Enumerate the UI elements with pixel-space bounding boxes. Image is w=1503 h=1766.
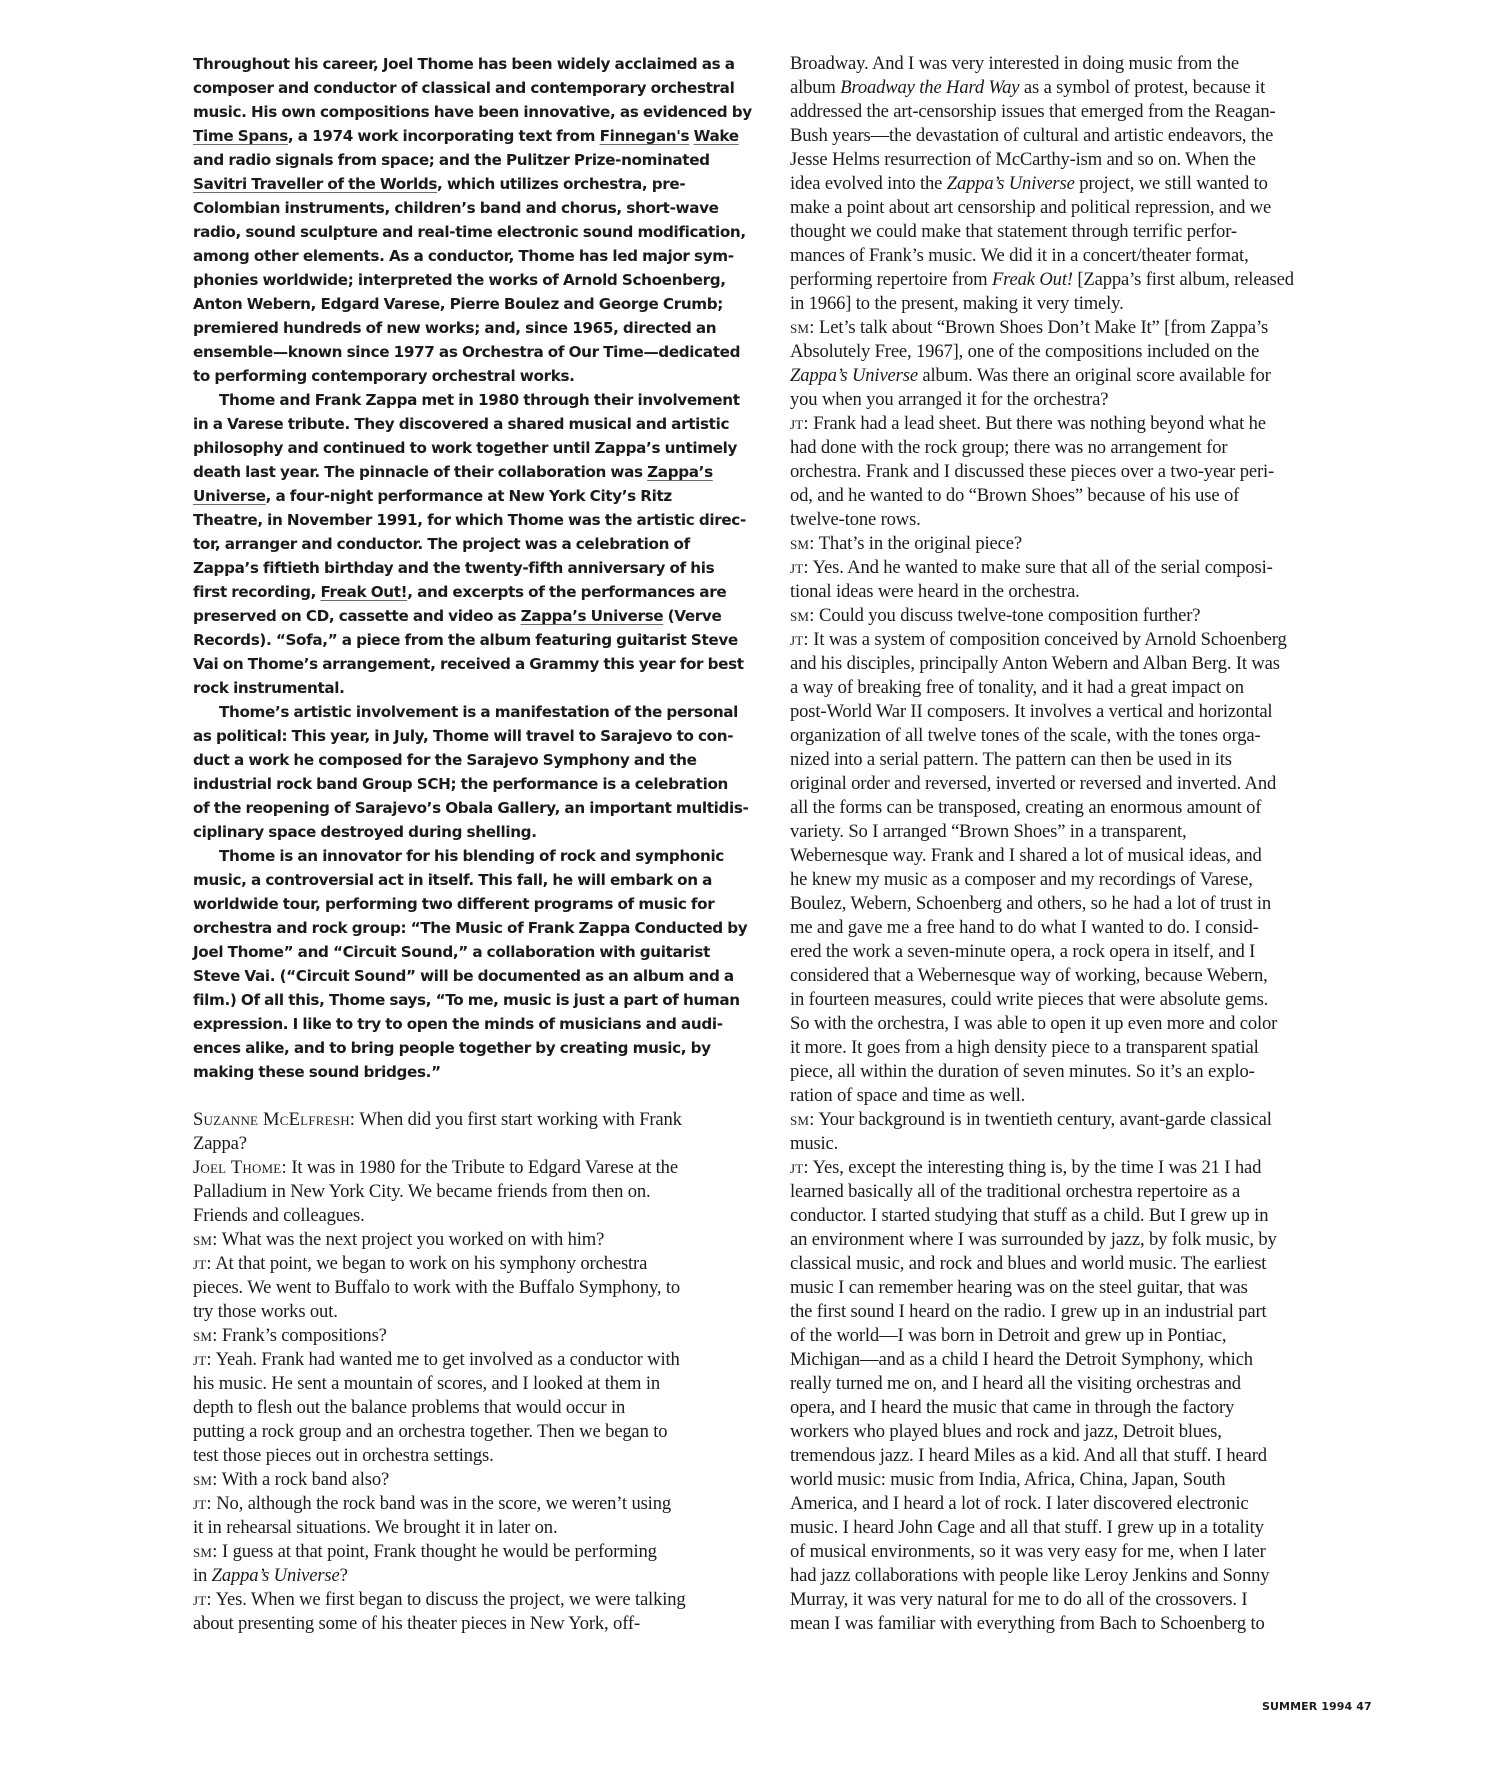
speaker-label: jt:	[790, 413, 809, 434]
text-line: Friends and colleagues.	[193, 1204, 773, 1228]
text-line: performing repertoire from Freak Out! [Z…	[790, 268, 1380, 292]
text-line: Bush years—the devastation of cultural a…	[790, 124, 1380, 148]
text-segment: he knew my music as a composer and my re…	[790, 869, 1253, 890]
text-line: premiered hundreds of new works; and, si…	[193, 316, 773, 340]
text-line: ences alike, and to bring people togethe…	[193, 1036, 773, 1060]
issue-label: SUMMER 1994	[1262, 1700, 1352, 1713]
text-segment: America, and I heard a lot of rock. I la…	[790, 1493, 1248, 1514]
text-line: Webernesque way. Frank and I shared a lo…	[790, 844, 1380, 868]
text-line: of the reopening of Sarajevo’s Obala Gal…	[193, 796, 773, 820]
text-line: rock instrumental.	[193, 676, 773, 700]
text-line: Steve Vai. (“Circuit Sound” will be docu…	[193, 964, 773, 988]
text-segment: Jesse Helms resurrection of McCarthy-ism…	[790, 149, 1256, 170]
text-segment: Yes, except the interesting thing is, by…	[809, 1157, 1261, 1178]
text-line: learned basically all of the traditional…	[790, 1180, 1380, 1204]
text-line: worldwide tour, performing two different…	[193, 892, 773, 916]
text-line: Jesse Helms resurrection of McCarthy-ism…	[790, 148, 1380, 172]
text-segment: variety. So I arranged “Brown Shoes” in …	[790, 821, 1187, 842]
underlined-title: Savitri Traveller of the Worlds	[193, 175, 437, 193]
text-line: make a point about art censorship and po…	[790, 196, 1380, 220]
text-segment: among other elements. As a conductor, Th…	[193, 247, 734, 265]
text-line: Broadway. And I was very interested in d…	[790, 52, 1380, 76]
text-segment: Zappa?	[193, 1133, 247, 1154]
speaker-label: jt:	[790, 557, 809, 578]
speaker-label: sm:	[790, 317, 815, 338]
text-line: Zappa?	[193, 1132, 773, 1156]
text-segment: of the reopening of Sarajevo’s Obala Gal…	[193, 799, 749, 817]
text-line: Universe, a four-night performance at Ne…	[193, 484, 773, 508]
text-segment: conductor. I started studying that stuff…	[790, 1205, 1268, 1226]
text-segment: try those works out.	[193, 1301, 338, 1322]
text-segment: ensemble—known since 1977 as Orchestra o…	[193, 343, 740, 361]
text-line: Murray, it was very natural for me to do…	[790, 1588, 1380, 1612]
text-segment: and radio signals from space; and the Pu…	[193, 151, 710, 169]
text-segment: you when you arranged it for the orchest…	[790, 389, 1108, 410]
text-segment: Your background is in twentieth century,…	[815, 1109, 1272, 1130]
text-line: orchestra and rock group: “The Music of …	[193, 916, 773, 940]
text-line: Thome’s artistic involvement is a manife…	[193, 700, 773, 724]
text-segment: considered that a Webernesque way of wor…	[790, 965, 1268, 986]
text-line: So with the orchestra, I was able to ope…	[790, 1012, 1380, 1036]
speaker-label: sm:	[193, 1541, 218, 1562]
text-segment: Zappa’s fiftieth birthday and the twenty…	[193, 559, 714, 577]
text-line: film.) Of all this, Thome says, “To me, …	[193, 988, 773, 1012]
text-segment: Friends and colleagues.	[193, 1205, 365, 1226]
text-segment: Anton Webern, Edgard Varese, Pierre Boul…	[193, 295, 723, 313]
italic-title: Zappa’s Universe	[212, 1565, 340, 1586]
interview-section-left: Suzanne McElfresh: When did you first st…	[193, 1108, 773, 1636]
text-segment: making these sound bridges.”	[193, 1063, 441, 1081]
text-line: twelve-tone rows.	[790, 508, 1380, 532]
text-segment: the first sound I heard on the radio. I …	[790, 1301, 1267, 1322]
text-line: music.	[790, 1132, 1380, 1156]
text-segment: It was a system of composition conceived…	[809, 629, 1287, 650]
text-segment: thought we could make that statement thr…	[790, 221, 1237, 242]
text-segment: Vai on Thome’s arrangement, received a G…	[193, 655, 744, 673]
speaker-label: sm:	[193, 1325, 218, 1346]
text-line: idea evolved into the Zappa’s Universe p…	[790, 172, 1380, 196]
text-line: sm: With a rock band also?	[193, 1468, 773, 1492]
text-segment: Yes. And he wanted to make sure that all…	[809, 557, 1273, 578]
text-segment: worldwide tour, performing two different…	[193, 895, 714, 913]
text-line: original order and reversed, inverted or…	[790, 772, 1380, 796]
speaker-label: Joel Thome:	[193, 1157, 287, 1178]
text-segment: At that point, we began to work on his s…	[212, 1253, 647, 1274]
text-line: Throughout his career, Joel Thome has be…	[193, 52, 773, 76]
text-line: radio, sound sculpture and real-time ele…	[193, 220, 773, 244]
text-segment: preserved on CD, cassette and video as	[193, 607, 521, 625]
text-line: Time Spans, a 1974 work incorporating te…	[193, 124, 773, 148]
text-line: piece, all within the duration of seven …	[790, 1060, 1380, 1084]
text-segment: No, although the rock band was in the sc…	[212, 1493, 671, 1514]
text-line: an environment where I was surrounded by…	[790, 1228, 1380, 1252]
text-segment: music I can remember hearing was on the …	[790, 1277, 1248, 1298]
section-spacer	[193, 1084, 773, 1108]
text-segment: Michigan—and as a child I heard the Detr…	[790, 1349, 1253, 1370]
underlined-title: Wake	[694, 127, 739, 145]
text-line: and radio signals from space; and the Pu…	[193, 148, 773, 172]
text-segment: to performing contemporary orchestral wo…	[193, 367, 575, 385]
text-segment: phonies worldwide; interpreted the works…	[193, 271, 726, 289]
bio-section: Throughout his career, Joel Thome has be…	[193, 52, 773, 1084]
underlined-title: Freak Out!	[320, 583, 407, 601]
text-segment: Records). “Sofa,” a piece from the album…	[193, 631, 738, 649]
text-line: the first sound I heard on the radio. I …	[790, 1300, 1380, 1324]
text-segment: had done with the rock group; there was …	[790, 437, 1227, 458]
text-segment: depth to flesh out the balance problems …	[193, 1397, 625, 1418]
text-line: putting a rock group and an orchestra to…	[193, 1420, 773, 1444]
page-footer: SUMMER 1994 47	[1262, 1700, 1372, 1713]
text-segment: Murray, it was very natural for me to do…	[790, 1589, 1247, 1610]
text-line: industrial rock band Group SCH; the perf…	[193, 772, 773, 796]
text-line: opera, and I heard the music that came i…	[790, 1396, 1380, 1420]
text-line: sm: That’s in the original piece?	[790, 532, 1380, 556]
text-segment: Yeah. Frank had wanted me to get involve…	[212, 1349, 680, 1370]
text-segment: expression. I like to try to open the mi…	[193, 1015, 723, 1033]
text-segment: world music: music from India, Africa, C…	[790, 1469, 1225, 1490]
text-segment: project, we still wanted to	[1075, 173, 1268, 194]
text-line: Records). “Sofa,” a piece from the album…	[193, 628, 773, 652]
text-segment: ?	[340, 1565, 348, 1586]
text-line: pieces. We went to Buffalo to work with …	[193, 1276, 773, 1300]
text-line: Palladium in New York City. We became fr…	[193, 1180, 773, 1204]
text-segment: rock instrumental.	[193, 679, 345, 697]
text-line: nized into a serial pattern. The pattern…	[790, 748, 1380, 772]
text-segment: piece, all within the duration of seven …	[790, 1061, 1255, 1082]
text-segment: me and gave me a free hand to do what I …	[790, 917, 1259, 938]
text-segment: With a rock band also?	[218, 1469, 390, 1490]
text-segment: Thome’s artistic involvement is a manife…	[219, 703, 738, 721]
text-line: tor, arranger and conductor. The project…	[193, 532, 773, 556]
text-segment: idea evolved into the	[790, 173, 947, 194]
text-segment: an environment where I was surrounded by…	[790, 1229, 1277, 1250]
left-column: Throughout his career, Joel Thome has be…	[193, 52, 773, 1636]
text-line: Savitri Traveller of the Worlds, which u…	[193, 172, 773, 196]
text-segment: about presenting some of his theater pie…	[193, 1613, 640, 1634]
text-segment: first recording,	[193, 583, 320, 601]
italic-title: Zappa’s Universe	[790, 365, 918, 386]
text-segment: all the forms can be transposed, creatin…	[790, 797, 1261, 818]
text-segment: addressed the art-censorship issues that…	[790, 101, 1276, 122]
text-line: mances of Frank’s music. We did it in a …	[790, 244, 1380, 268]
text-segment: composer and conductor of classical and …	[193, 79, 734, 97]
text-line: od, and he wanted to do “Brown Shoes” be…	[790, 484, 1380, 508]
italic-title: Broadway the Hard Way	[840, 77, 1019, 98]
text-segment: a way of breaking free of tonality, and …	[790, 677, 1244, 698]
text-line: in Zappa’s Universe?	[193, 1564, 773, 1588]
text-line: philosophy and continued to work togethe…	[193, 436, 773, 460]
text-line: try those works out.	[193, 1300, 773, 1324]
text-line: tremendous jazz. I heard Miles as a kid.…	[790, 1444, 1380, 1468]
text-segment: It was in 1980 for the Tribute to Edgard…	[287, 1157, 678, 1178]
speaker-label: jt:	[790, 1157, 809, 1178]
text-segment: radio, sound sculpture and real-time ele…	[193, 223, 746, 241]
text-line: Vai on Thome’s arrangement, received a G…	[193, 652, 773, 676]
text-line: orchestra. Frank and I discussed these p…	[790, 460, 1380, 484]
text-segment: Palladium in New York City. We became fr…	[193, 1181, 651, 1202]
text-segment: philosophy and continued to work togethe…	[193, 439, 737, 457]
text-line: all the forms can be transposed, creatin…	[790, 796, 1380, 820]
text-line: his music. He sent a mountain of scores,…	[193, 1372, 773, 1396]
text-line: jt: No, although the rock band was in th…	[193, 1492, 773, 1516]
text-segment: film.) Of all this, Thome says, “To me, …	[193, 991, 740, 1009]
text-segment: , a 1974 work incorporating text from	[288, 127, 600, 145]
underlined-title: Zappa’s Universe	[521, 607, 664, 625]
text-segment: of the world—I was born in Detroit and g…	[790, 1325, 1226, 1346]
text-segment: music, a controversial act in itself. Th…	[193, 871, 712, 889]
speaker-label: sm:	[193, 1229, 218, 1250]
text-line: mean I was familiar with everything from…	[790, 1612, 1380, 1636]
text-line: Anton Webern, Edgard Varese, Pierre Boul…	[193, 292, 773, 316]
text-line: he knew my music as a composer and my re…	[790, 868, 1380, 892]
text-line: a way of breaking free of tonality, and …	[790, 676, 1380, 700]
text-segment: Theatre, in November 1991, for which Tho…	[193, 511, 746, 529]
text-line: of the world—I was born in Detroit and g…	[790, 1324, 1380, 1348]
text-segment: his music. He sent a mountain of scores,…	[193, 1373, 660, 1394]
text-segment: Frank had a lead sheet. But there was no…	[809, 413, 1266, 434]
text-line: considered that a Webernesque way of wor…	[790, 964, 1380, 988]
text-segment: industrial rock band Group SCH; the perf…	[193, 775, 728, 793]
text-line: ensemble—known since 1977 as Orchestra o…	[193, 340, 773, 364]
text-line: had done with the rock group; there was …	[790, 436, 1380, 460]
text-segment: Throughout his career, Joel Thome has be…	[193, 55, 735, 73]
text-line: to performing contemporary orchestral wo…	[193, 364, 773, 388]
text-line: sm: Your background is in twentieth cent…	[790, 1108, 1380, 1132]
text-segment: twelve-tone rows.	[790, 509, 921, 530]
speaker-label: jt:	[193, 1349, 212, 1370]
text-line: ciplinary space destroyed during shellin…	[193, 820, 773, 844]
text-line: Joel Thome: It was in 1980 for the Tribu…	[193, 1156, 773, 1180]
text-segment: What was the next project you worked on …	[218, 1229, 605, 1250]
speaker-label: jt:	[790, 629, 809, 650]
text-segment: ences alike, and to bring people togethe…	[193, 1039, 711, 1057]
text-line: had jazz collaborations with people like…	[790, 1564, 1380, 1588]
text-line: among other elements. As a conductor, Th…	[193, 244, 773, 268]
text-segment: [Zappa’s first album, released	[1073, 269, 1294, 290]
text-segment: in	[193, 1565, 212, 1586]
text-line: it more. It goes from a high density pie…	[790, 1036, 1380, 1060]
text-line: in fourteen measures, could write pieces…	[790, 988, 1380, 1012]
text-segment: make a point about art censorship and po…	[790, 197, 1271, 218]
text-line: jt: Yes. When we first began to discuss …	[193, 1588, 773, 1612]
speaker-label: sm:	[790, 605, 815, 626]
text-segment: Boulez, Webern, Schoenberg and others, s…	[790, 893, 1271, 914]
text-segment: and his disciples, principally Anton Web…	[790, 653, 1280, 674]
text-line: in a Varese tribute. They discovered a s…	[193, 412, 773, 436]
text-line: ered the work a seven-minute opera, a ro…	[790, 940, 1380, 964]
text-segment: mean I was familiar with everything from…	[790, 1613, 1265, 1634]
text-segment: Frank’s compositions?	[218, 1325, 387, 1346]
text-line: first recording, Freak Out!, and excerpt…	[193, 580, 773, 604]
text-line: me and gave me a free hand to do what I …	[790, 916, 1380, 940]
speaker-label: jt:	[193, 1493, 212, 1514]
italic-title: Zappa’s Universe	[947, 173, 1075, 194]
speaker-label: jt:	[193, 1253, 212, 1274]
text-line: jt: Yes, except the interesting thing is…	[790, 1156, 1380, 1180]
text-segment: it more. It goes from a high density pie…	[790, 1037, 1259, 1058]
text-line: conductor. I started studying that stuff…	[790, 1204, 1380, 1228]
text-line: making these sound bridges.”	[193, 1060, 773, 1084]
text-segment: it in rehearsal situations. We brought i…	[193, 1517, 557, 1538]
text-line: classical music, and rock and blues and …	[790, 1252, 1380, 1276]
text-segment: ration of space and time as well.	[790, 1085, 1025, 1106]
text-segment: music.	[790, 1133, 838, 1154]
text-segment: Webernesque way. Frank and I shared a lo…	[790, 845, 1262, 866]
text-segment: Yes. When we first began to discuss the …	[212, 1589, 686, 1610]
text-line: America, and I heard a lot of rock. I la…	[790, 1492, 1380, 1516]
text-line: death last year. The pinnacle of their c…	[193, 460, 773, 484]
text-line: Michigan—and as a child I heard the Detr…	[790, 1348, 1380, 1372]
text-line: sm: Could you discuss twelve-tone compos…	[790, 604, 1380, 628]
text-line: sm: Let’s talk about “Brown Shoes Don’t …	[790, 316, 1380, 340]
underlined-title: Universe	[193, 487, 266, 505]
speaker-label: sm:	[193, 1469, 218, 1490]
text-segment: tremendous jazz. I heard Miles as a kid.…	[790, 1445, 1267, 1466]
text-segment: post-World War II composers. It involves…	[790, 701, 1272, 722]
text-segment: Absolutely Free, 1967], one of the compo…	[790, 341, 1259, 362]
text-segment: orchestra and rock group: “The Music of …	[193, 919, 747, 937]
text-segment: as political: This year, in July, Thome …	[193, 727, 733, 745]
text-line: Thome is an innovator for his blending o…	[193, 844, 773, 868]
text-segment: test those pieces out in orchestra setti…	[193, 1445, 494, 1466]
text-line: sm: I guess at that point, Frank thought…	[193, 1540, 773, 1564]
text-segment: , which utilizes orchestra, pre-	[437, 175, 685, 193]
text-segment: od, and he wanted to do “Brown Shoes” be…	[790, 485, 1239, 506]
text-segment: pieces. We went to Buffalo to work with …	[193, 1277, 680, 1298]
text-line: really turned me on, and I heard all the…	[790, 1372, 1380, 1396]
text-segment: organization of all twelve tones of the …	[790, 725, 1261, 746]
underlined-title: Zappa’s	[647, 463, 713, 481]
text-segment: music. I heard John Cage and all that st…	[790, 1517, 1264, 1538]
interview-section-right: Broadway. And I was very interested in d…	[790, 52, 1380, 1636]
text-segment: learned basically all of the traditional…	[790, 1181, 1240, 1202]
text-line: Zappa’s Universe album. Was there an ori…	[790, 364, 1380, 388]
text-line: it in rehearsal situations. We brought i…	[193, 1516, 773, 1540]
text-line: Boulez, Webern, Schoenberg and others, s…	[790, 892, 1380, 916]
text-segment: Broadway. And I was very interested in d…	[790, 53, 1239, 74]
text-line: thought we could make that statement thr…	[790, 220, 1380, 244]
text-segment: music. His own compositions have been in…	[193, 103, 752, 121]
text-line: jt: It was a system of composition conce…	[790, 628, 1380, 652]
text-line: album Broadway the Hard Way as a symbol …	[790, 76, 1380, 100]
text-line: test those pieces out in orchestra setti…	[193, 1444, 773, 1468]
text-segment: really turned me on, and I heard all the…	[790, 1373, 1241, 1394]
text-segment: nized into a serial pattern. The pattern…	[790, 749, 1232, 770]
underlined-title: Finnegan's	[600, 127, 690, 145]
text-segment: (Verve	[663, 607, 721, 625]
speaker-label: jt:	[193, 1589, 212, 1610]
text-segment: of musical environments, so it was very …	[790, 1541, 1266, 1562]
text-line: world music: music from India, Africa, C…	[790, 1468, 1380, 1492]
text-line: variety. So I arranged “Brown Shoes” in …	[790, 820, 1380, 844]
text-segment: in fourteen measures, could write pieces…	[790, 989, 1268, 1010]
text-segment: , and excerpts of the performances are	[407, 583, 726, 601]
text-line: about presenting some of his theater pie…	[193, 1612, 773, 1636]
text-line: and his disciples, principally Anton Web…	[790, 652, 1380, 676]
text-segment: ciplinary space destroyed during shellin…	[193, 823, 537, 841]
text-line: Thome and Frank Zappa met in 1980 throug…	[193, 388, 773, 412]
text-segment: workers who played blues and rock and ja…	[790, 1421, 1222, 1442]
text-segment: tor, arranger and conductor. The project…	[193, 535, 690, 553]
text-segment: classical music, and rock and blues and …	[790, 1253, 1266, 1274]
text-segment: album. Was there an original score avail…	[918, 365, 1271, 386]
text-line: ration of space and time as well.	[790, 1084, 1380, 1108]
text-segment: mances of Frank’s music. We did it in a …	[790, 245, 1249, 266]
text-line: duct a work he composed for the Sarajevo…	[193, 748, 773, 772]
text-segment: So with the orchestra, I was able to ope…	[790, 1013, 1277, 1034]
text-line: depth to flesh out the balance problems …	[193, 1396, 773, 1420]
text-segment: opera, and I heard the music that came i…	[790, 1397, 1234, 1418]
text-line: sm: What was the next project you worked…	[193, 1228, 773, 1252]
text-segment: ered the work a seven-minute opera, a ro…	[790, 941, 1255, 962]
text-line: as political: This year, in July, Thome …	[193, 724, 773, 748]
text-segment: I guess at that point, Frank thought he …	[218, 1541, 657, 1562]
text-line: addressed the art-censorship issues that…	[790, 100, 1380, 124]
text-segment: Thome is an innovator for his blending o…	[219, 847, 724, 865]
right-column: Broadway. And I was very interested in d…	[790, 52, 1380, 1636]
text-segment: album	[790, 77, 840, 98]
text-segment: in a Varese tribute. They discovered a s…	[193, 415, 729, 433]
text-segment: Let’s talk about “Brown Shoes Don’t Make…	[815, 317, 1268, 338]
text-line: workers who played blues and rock and ja…	[790, 1420, 1380, 1444]
text-segment: premiered hundreds of new works; and, si…	[193, 319, 716, 337]
text-segment: Joel Thome” and “Circuit Sound,” a colla…	[193, 943, 710, 961]
text-line: Theatre, in November 1991, for which Tho…	[193, 508, 773, 532]
text-line: phonies worldwide; interpreted the works…	[193, 268, 773, 292]
text-line: of musical environments, so it was very …	[790, 1540, 1380, 1564]
text-line: expression. I like to try to open the mi…	[193, 1012, 773, 1036]
text-segment: putting a rock group and an orchestra to…	[193, 1421, 667, 1442]
text-segment: in 1966] to the present, making it very …	[790, 293, 1124, 314]
text-segment: When did you first start working with Fr…	[355, 1109, 682, 1130]
text-segment: performing repertoire from	[790, 269, 992, 290]
text-line: post-World War II composers. It involves…	[790, 700, 1380, 724]
text-line: jt: Frank had a lead sheet. But there wa…	[790, 412, 1380, 436]
text-line: jt: At that point, we began to work on h…	[193, 1252, 773, 1276]
text-line: music. His own compositions have been in…	[193, 100, 773, 124]
underlined-title: Time Spans	[193, 127, 288, 145]
text-segment: Thome and Frank Zappa met in 1980 throug…	[219, 391, 740, 409]
text-segment: duct a work he composed for the Sarajevo…	[193, 751, 697, 769]
text-segment: orchestra. Frank and I discussed these p…	[790, 461, 1274, 482]
text-segment: , a four-night performance at New York C…	[266, 487, 672, 505]
text-line: Zappa’s fiftieth birthday and the twenty…	[193, 556, 773, 580]
text-segment: had jazz collaborations with people like…	[790, 1565, 1269, 1586]
text-segment: Steve Vai. (“Circuit Sound” will be docu…	[193, 967, 734, 985]
text-segment: Bush years—the devastation of cultural a…	[790, 125, 1273, 146]
text-line: organization of all twelve tones of the …	[790, 724, 1380, 748]
text-line: sm: Frank’s compositions?	[193, 1324, 773, 1348]
text-line: you when you arranged it for the orchest…	[790, 388, 1380, 412]
text-line: Joel Thome” and “Circuit Sound,” a colla…	[193, 940, 773, 964]
page-number: 47	[1356, 1700, 1372, 1713]
text-line: Colombian instruments, children’s band a…	[193, 196, 773, 220]
text-line: Absolutely Free, 1967], one of the compo…	[790, 340, 1380, 364]
text-line: composer and conductor of classical and …	[193, 76, 773, 100]
text-line: in 1966] to the present, making it very …	[790, 292, 1380, 316]
text-segment: Colombian instruments, children’s band a…	[193, 199, 719, 217]
text-segment: That’s in the original piece?	[815, 533, 1022, 554]
text-segment: as a symbol of protest, because it	[1019, 77, 1265, 98]
text-segment: death last year. The pinnacle of their c…	[193, 463, 647, 481]
speaker-label: sm:	[790, 533, 815, 554]
text-line: preserved on CD, cassette and video as Z…	[193, 604, 773, 628]
italic-title: Freak Out!	[992, 269, 1073, 290]
text-line: Suzanne McElfresh: When did you first st…	[193, 1108, 773, 1132]
text-line: music I can remember hearing was on the …	[790, 1276, 1380, 1300]
text-line: jt: Yeah. Frank had wanted me to get inv…	[193, 1348, 773, 1372]
text-line: tional ideas were heard in the orchestra…	[790, 580, 1380, 604]
